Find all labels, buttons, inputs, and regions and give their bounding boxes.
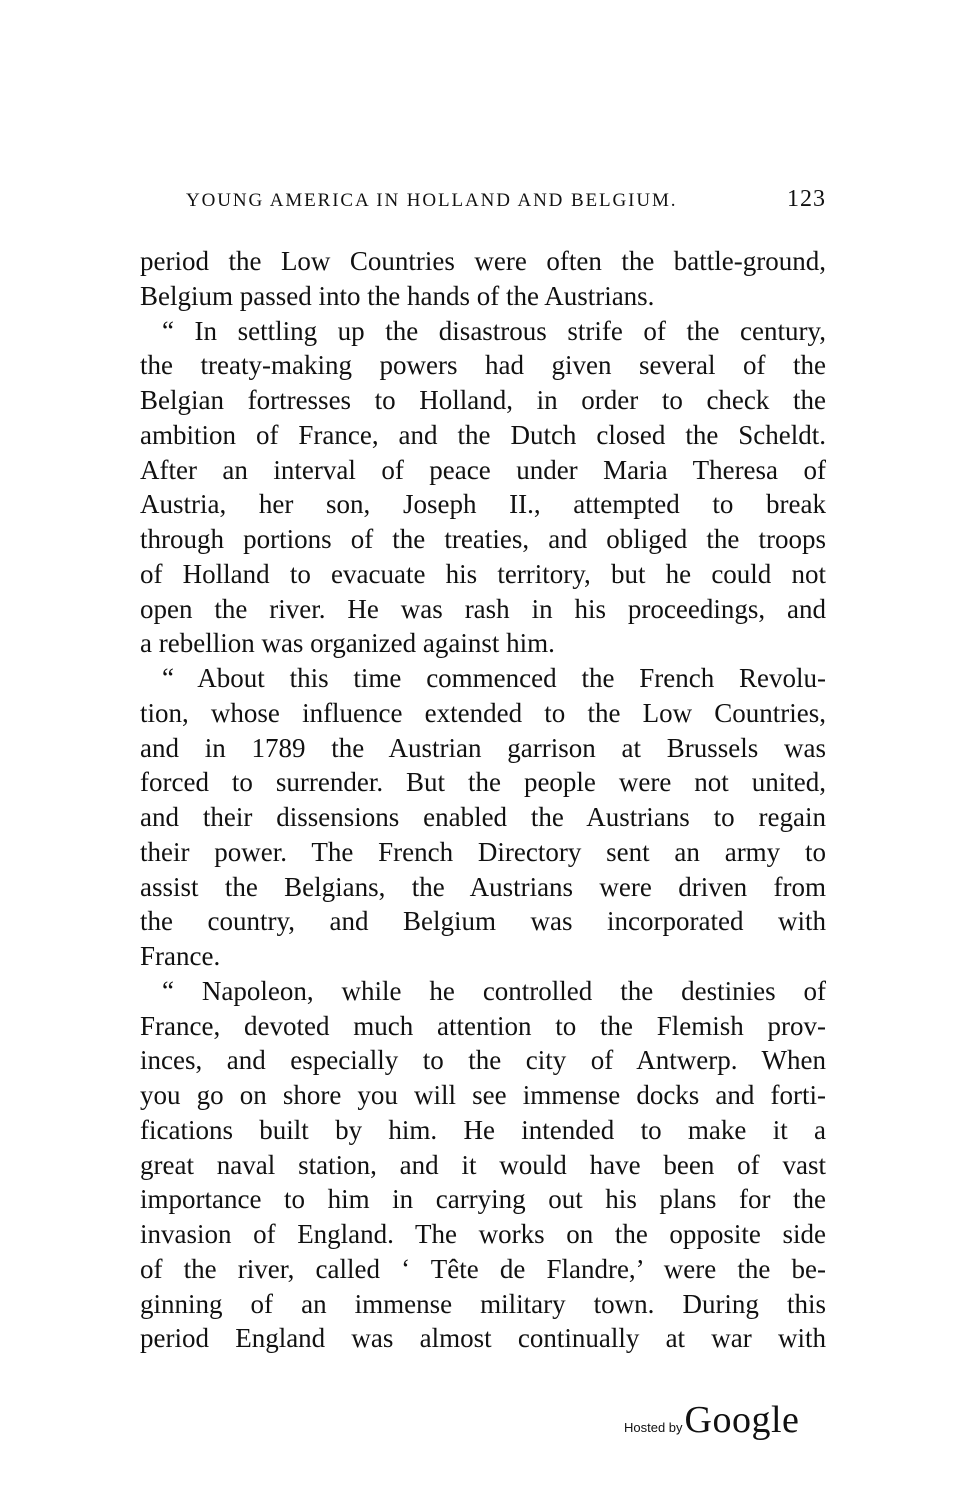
body-text: period the Low Countries were often the … [140, 244, 826, 1356]
text-line: France. [140, 939, 826, 974]
hosted-by-label: Hosted by [624, 1420, 683, 1435]
text-line: ginning of an immense military town. Dur… [140, 1287, 826, 1322]
text-line: of the river, called ‘ Tête de Flandre,’… [140, 1252, 826, 1287]
text-line: After an interval of peace under Maria T… [140, 453, 826, 488]
text-line: tion, whose influence extended to the Lo… [140, 696, 826, 731]
text-line: a rebellion was organized against him. [140, 626, 826, 661]
text-line: period England was almost continually at… [140, 1321, 826, 1356]
text-line: forced to surrender. But the people were… [140, 765, 826, 800]
text-line: period the Low Countries were often the … [140, 244, 826, 279]
text-line: “ Napoleon, while he controlled the dest… [140, 974, 826, 1009]
text-line: France, devoted much attention to the Fl… [140, 1009, 826, 1044]
running-title: YOUNG AMERICA IN HOLLAND AND BELGIUM. [186, 190, 677, 212]
text-line: their power. The French Directory sent a… [140, 835, 826, 870]
text-line: Belgian fortresses to Holland, in order … [140, 383, 826, 418]
text-line: great naval station, and it would have b… [140, 1148, 826, 1183]
text-line: of Holland to evacuate his territory, bu… [140, 557, 826, 592]
text-line: “ About this time commenced the French R… [140, 661, 826, 696]
text-line: you go on shore you will see immense doc… [140, 1078, 826, 1113]
text-line: “ In settling up the disastrous strife o… [140, 314, 826, 349]
text-line: fications built by him. He intended to m… [140, 1113, 826, 1148]
google-logo-text: Google [685, 1398, 800, 1442]
text-line: through portions of the treaties, and ob… [140, 522, 826, 557]
text-line: Austria, her son, Joseph II., attempted … [140, 487, 826, 522]
text-line: and their dissensions enabled the Austri… [140, 800, 826, 835]
running-head: YOUNG AMERICA IN HOLLAND AND BELGIUM. 12… [186, 186, 826, 216]
text-line: ambition of France, and the Dutch closed… [140, 418, 826, 453]
text-line: open the river. He was rash in his proce… [140, 592, 826, 627]
book-page: YOUNG AMERICA IN HOLLAND AND BELGIUM. 12… [0, 0, 973, 1512]
text-line: the treaty-making powers had given sever… [140, 348, 826, 383]
text-line: Belgium passed into the hands of the Aus… [140, 279, 826, 314]
hosted-by-google-watermark: Hosted by Google [624, 1398, 799, 1442]
page-number: 123 [787, 186, 826, 213]
text-line: assist the Belgians, the Austrians were … [140, 870, 826, 905]
text-line: the country, and Belgium was incorporate… [140, 904, 826, 939]
text-line: and in 1789 the Austrian garrison at Bru… [140, 731, 826, 766]
text-line: invasion of England. The works on the op… [140, 1217, 826, 1252]
text-line: inces, and especially to the city of Ant… [140, 1043, 826, 1078]
text-line: importance to him in carrying out his pl… [140, 1182, 826, 1217]
